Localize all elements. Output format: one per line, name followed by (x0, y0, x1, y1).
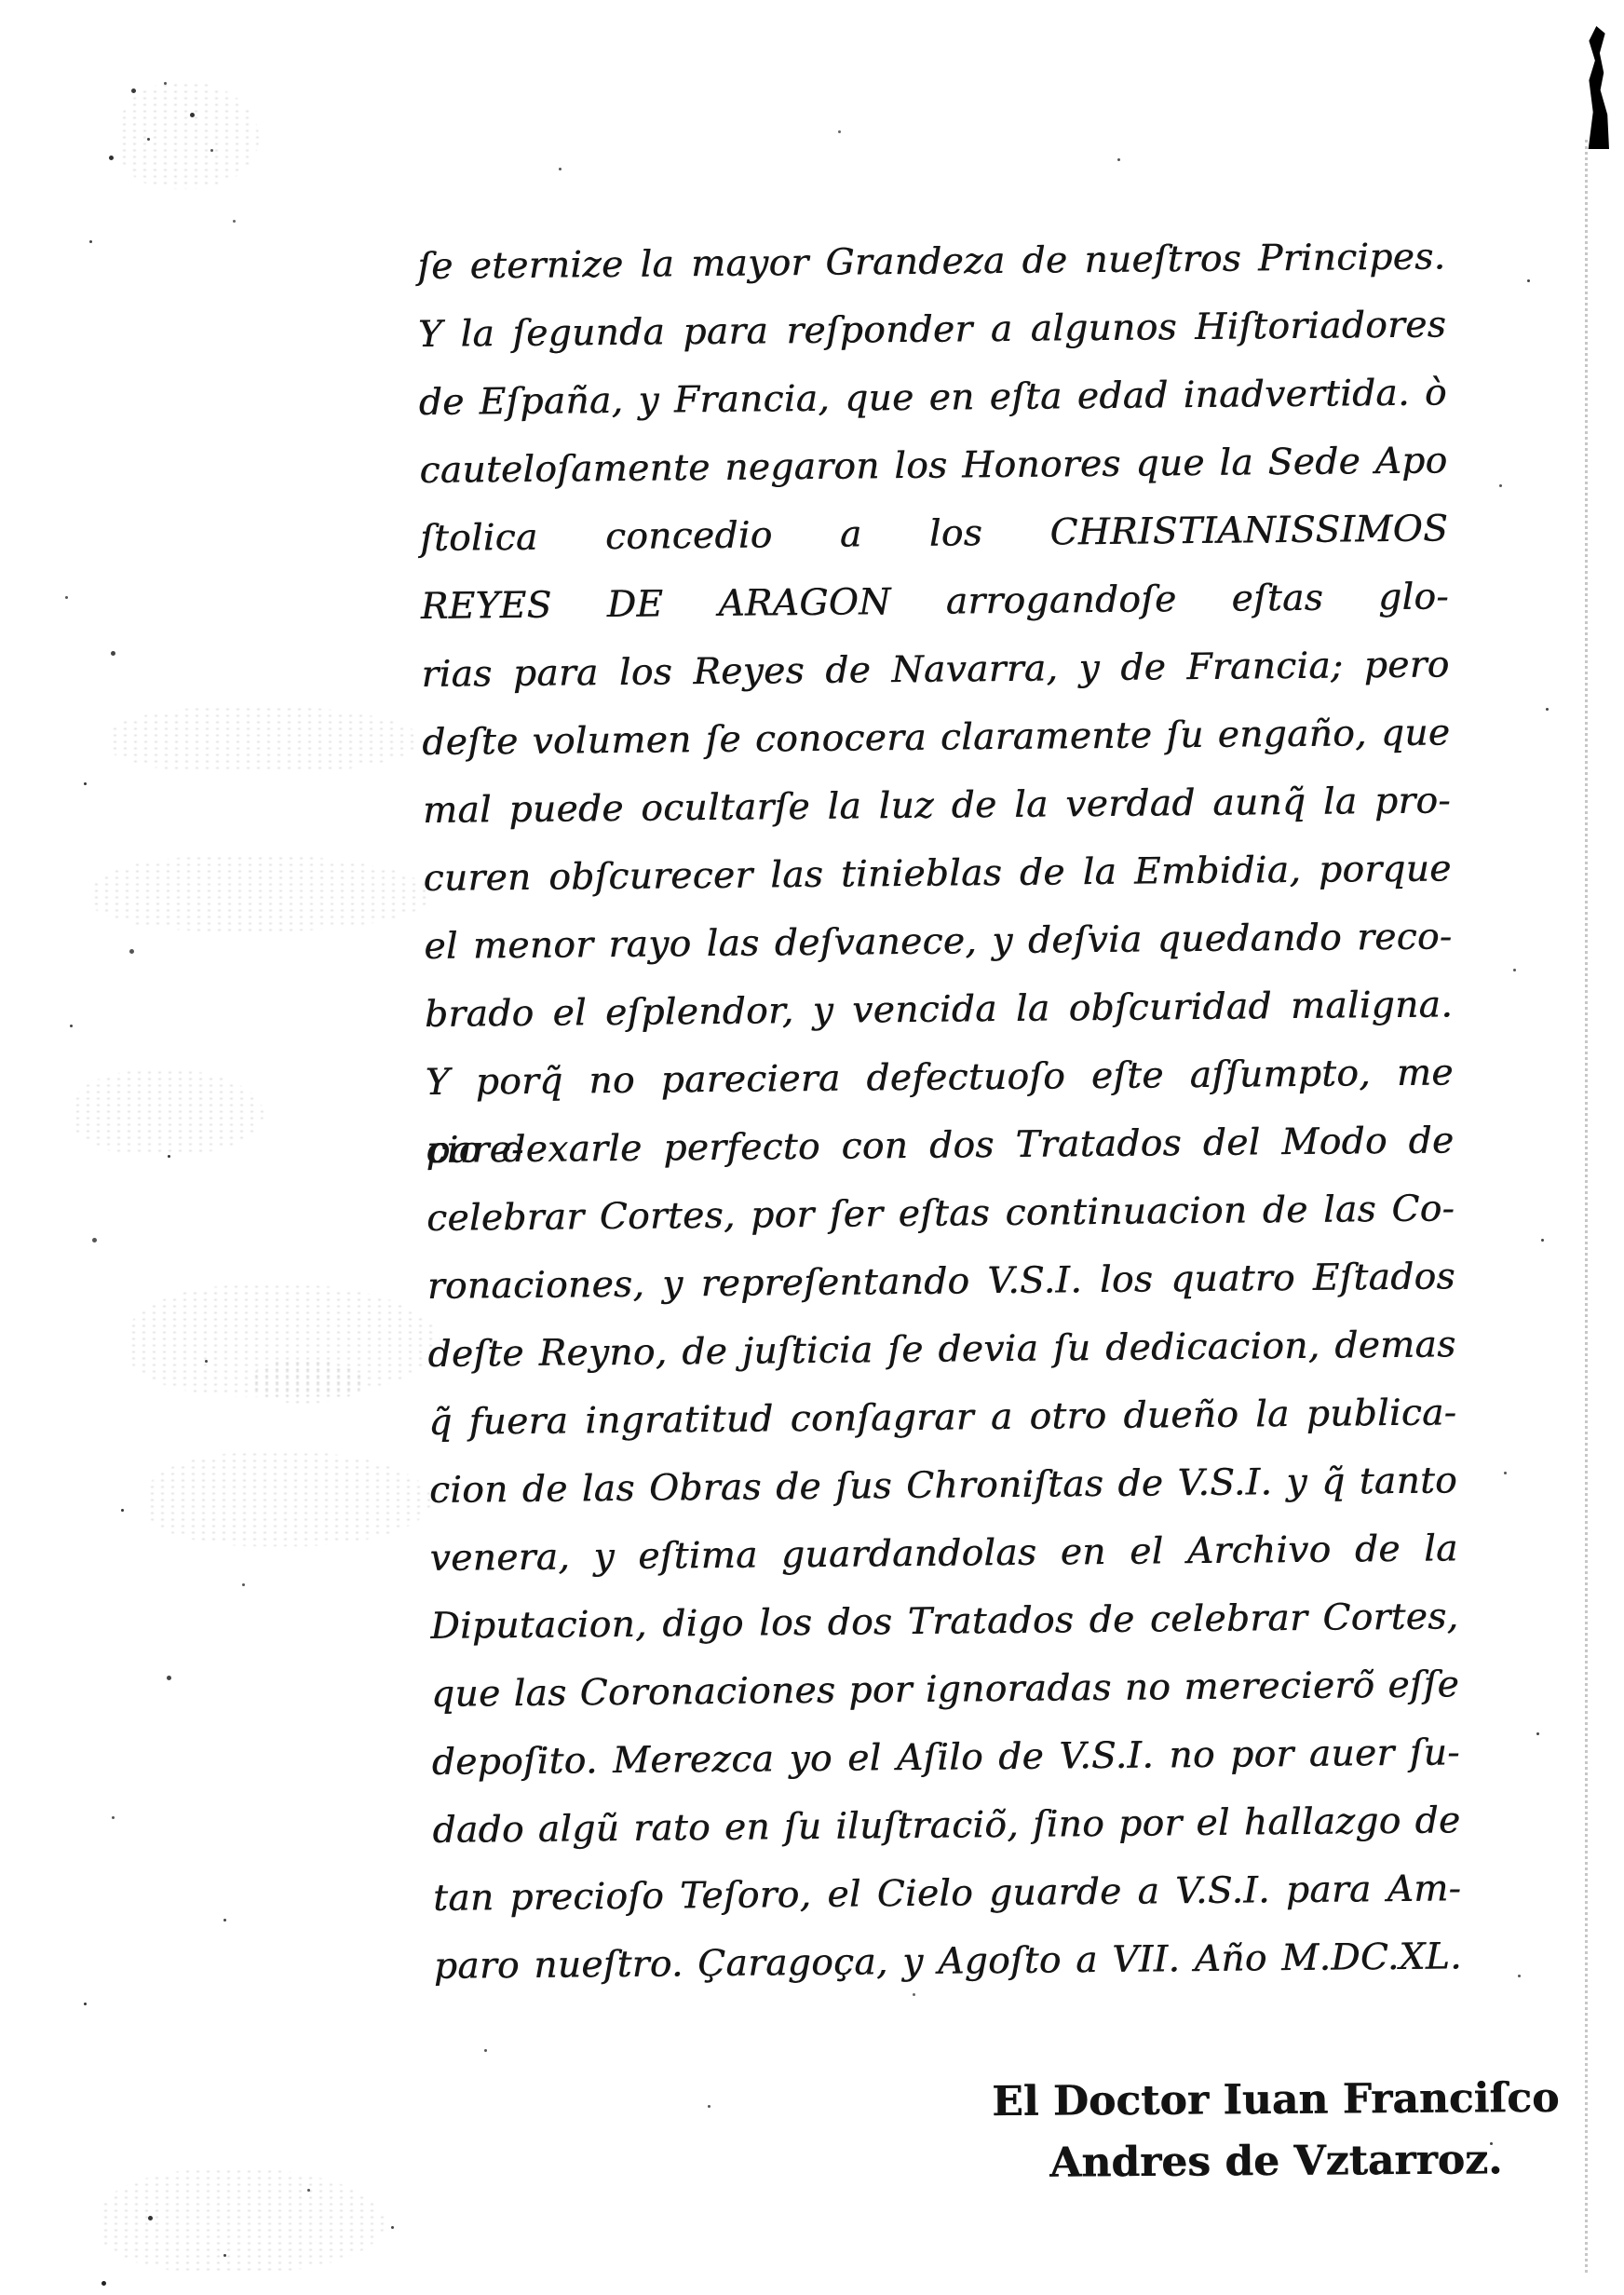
text-line: deſte Reyno, de juſticia ſe devia ſu ded… (427, 1310, 1456, 1389)
bleed-through-smudge (110, 706, 422, 773)
text-line: de Eſpaña, y Francia, que en eſta edad i… (418, 359, 1447, 437)
text-line: ſtolica concedio a los CHRISTIANISSIMOS (420, 495, 1449, 573)
text-line: depoſito. Merezca yo el Aſilo de V.S.I. … (431, 1718, 1460, 1797)
text-line: curen obſcurecer las tinieblas de la Emb… (423, 835, 1452, 913)
text-line: brado el eſplendor, y vencida la obſcuri… (425, 971, 1454, 1049)
text-line: que las Coronaciones por ignoradas no me… (431, 1650, 1460, 1729)
text-line: mal puede ocultarſe la luz de la verdad … (423, 767, 1452, 845)
dedication-text-block: ſe eternize la mayor Grandeza de nueſtro… (417, 223, 1462, 2001)
scan-speckle-noise (0, 0, 3, 3)
signature-block: El Doctor Iuan Franciſco Andres de Vztar… (968, 2068, 1584, 2195)
text-line: tan precioſo Teſoro, el Cielo guarde a V… (433, 1854, 1462, 1933)
text-line: Y la ſegunda para reſponder a algunos Hi… (418, 291, 1447, 369)
text-line: Y porq̃ no pareciera defectuoſo eſte aſſ… (425, 1039, 1454, 1117)
bleed-through-smudge (91, 855, 431, 931)
bleed-through-smudge (147, 1451, 431, 1546)
text-line: venera, y eſtima guardandolas en el Arch… (429, 1514, 1458, 1593)
bleed-through-smudge (251, 1360, 363, 1403)
ink-blot (1576, 26, 1609, 149)
text-line: cio dexarle perfecto con dos Tratados de… (426, 1107, 1455, 1185)
page-fold-line (1585, 140, 1588, 2273)
text-line: cion de las Obras de ſus Chroniſtas de V… (429, 1446, 1458, 1525)
bleed-through-smudge (119, 82, 259, 189)
bleed-through-smudge (73, 1069, 264, 1155)
text-line: Diputacion, digo los dos Tratados de cel… (430, 1582, 1459, 1661)
scanned-book-page: ſe eternize la mayor Grandeza de nueſtro… (0, 0, 1624, 2295)
text-line: rias para los Reyes de Navarra, y de Fra… (421, 631, 1450, 709)
text-line: ſe eternize la mayor Grandeza de nueſtro… (417, 223, 1446, 301)
signature-line: Andres de Vztarroz. (968, 2129, 1583, 2195)
text-line: dado algũ rato en ſu iluſtraciõ, ſino po… (432, 1786, 1461, 1865)
text-line: q̃ fuera ingratitud conſagrar a otro due… (428, 1378, 1457, 1457)
text-line: cauteloſamente negaron los Honores que l… (419, 427, 1448, 505)
text-line: deſte volumen ſe conocera claramente ſu … (422, 699, 1451, 777)
text-line: REYES DE ARAGON arrogandoſe eſtas glo- (421, 563, 1450, 641)
text-line: paro nueſtro. Çaragoça, y Agoſto a VII. … (434, 1922, 1463, 2001)
text-line: celebrar Cortes, por ſer eſtas continuac… (426, 1175, 1455, 1253)
text-line: ronaciones, y repreſentando V.S.I. los q… (427, 1243, 1456, 1321)
text-line: el menor rayo las deſvanece, y deſvia qu… (424, 903, 1453, 981)
bleed-through-smudge (101, 2168, 385, 2273)
signature-line: El Doctor Iuan Franciſco (968, 2068, 1583, 2134)
